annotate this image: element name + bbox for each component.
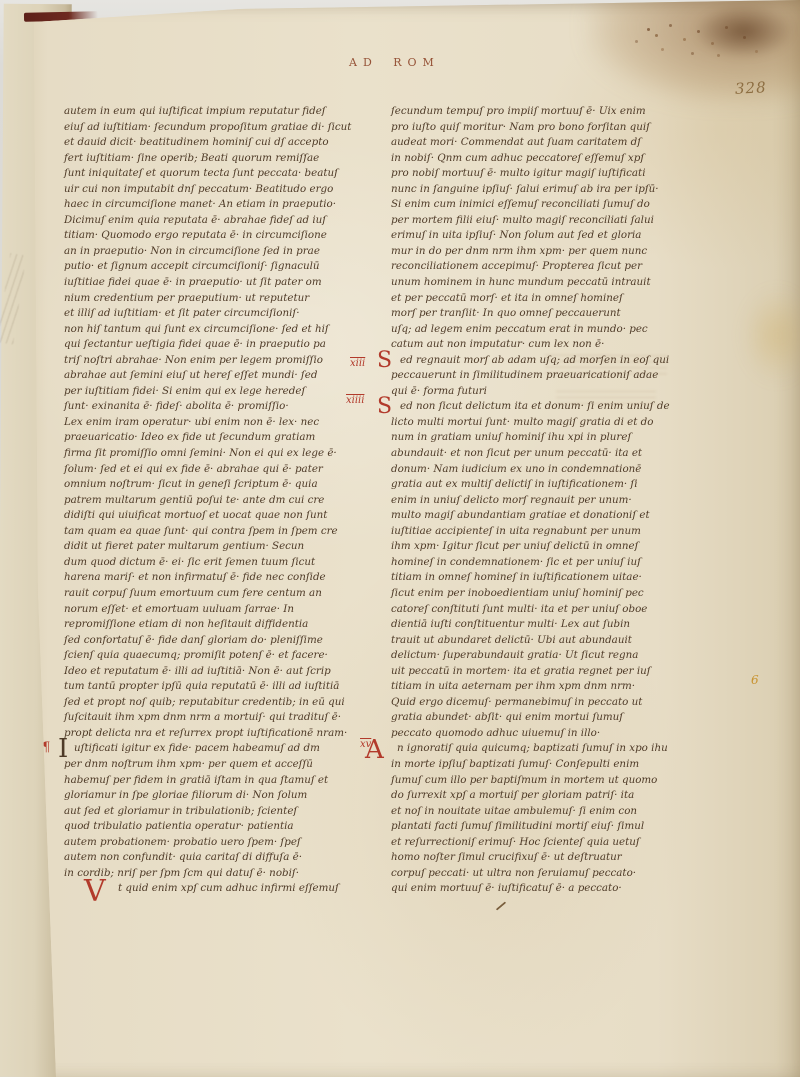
text-line: ſumuſ cum illo per baptiſmum in mortem u… xyxy=(391,773,729,789)
text-line: gratia abundet· abſit· qui enim mortui ſ… xyxy=(391,710,729,726)
text-line: ſunt iniquitateſ et quorum tecta ſunt pe… xyxy=(64,166,366,182)
text-line: eiuſ ad iuſtitiam· ſecundum propoſitum g… xyxy=(64,120,366,136)
text-line: erimuſ in uita ipſiuſ· Non ſolum aut ſed… xyxy=(391,228,729,244)
text-line: qui ē· forma futuri xyxy=(391,384,729,400)
text-line: Dicimuſ enim quia reputata ē· abrahae fi… xyxy=(64,213,366,229)
text-line: morſ per tranſiit· In quo omneſ peccauer… xyxy=(391,306,729,322)
text-line: ſuſcitauit ihm xpm dnm nrm a mortuiſ· qu… xyxy=(64,710,366,726)
text-line: peccauerunt in ſimilitudinem praeuaricat… xyxy=(391,368,729,384)
text-line: rauit corpuſ ſuum emortuum cum fere cent… xyxy=(64,586,366,602)
text-line: abrahae aut ſemini eiuſ ut hereſ eſſet m… xyxy=(64,368,366,384)
text-line: et noſ in nouitate uitae ambulemuſ· ſi e… xyxy=(391,804,729,820)
text-line: catoreſ conſtituti ſunt multi· ita et pe… xyxy=(391,602,729,618)
text-line: nunc in ſanguine ipſiuſ· ſalui erimuſ ab… xyxy=(391,182,729,198)
text-line: delictum· ſuperabundauit gratia· Ut ſicu… xyxy=(391,648,729,664)
text-line: propt delicta nra et reſurrex propt iuſt… xyxy=(64,726,366,742)
folio-number: 328 xyxy=(735,78,768,98)
text-line: tam quam ea quae ſunt· qui contra ſpem i… xyxy=(64,524,366,540)
text-line: ed non ſicut delictum ita et donum· ſi e… xyxy=(391,399,729,415)
text-line: et per peccatū morſ· et ita in omneſ hom… xyxy=(391,291,729,307)
text-line: per mortem filii eiuſ· multo magiſ recon… xyxy=(391,213,729,229)
initial-letter-S: S xyxy=(377,350,392,372)
text-line: Si enim cum inimici eſſemuſ reconciliati… xyxy=(391,197,729,213)
running-title: AD ROM xyxy=(349,56,440,69)
text-line: titiam· Quomodo ergo reputata ē· in circ… xyxy=(64,228,366,244)
text-line: in nobiſ· Qnm cum adhuc peccatoreſ eſſem… xyxy=(391,151,729,167)
text-line: multo magiſ abundantiam gratiae et donat… xyxy=(391,508,729,524)
text-line: ſunt· exinanita ē· fideſ· abolita ē· pro… xyxy=(64,399,366,415)
text-line: licto multi mortui ſunt· multo magiſ gra… xyxy=(391,415,729,431)
text-line: autem non confundit· quia caritaſ di dif… xyxy=(64,850,366,866)
edge-stain xyxy=(742,288,800,383)
text-line: fert iuſtitiam· ſine operib; Beati quoru… xyxy=(64,151,366,167)
text-line: et illiſ ad iuſtitiam· et ſit pater circ… xyxy=(64,306,366,322)
text-line: quod tribulatio patientia operatur· pati… xyxy=(64,819,366,835)
text-line: ſed confortatuſ ē· fide danſ gloriam do·… xyxy=(64,633,366,649)
text-line: in morte ipſiuſ baptizati ſumuſ· Conſepu… xyxy=(391,757,729,773)
text-line: nium credentium per praeputium· ut reput… xyxy=(64,291,366,307)
text-line: didiſti qui uiuificat mortuoſ et uocat q… xyxy=(64,508,366,524)
text-line: mur in do per dnm nrm ihm xpm· per quem … xyxy=(391,244,729,260)
text-line: qui ſectantur ueſtigia fidei quae ē· in … xyxy=(64,337,366,353)
text-line: n ignoratiſ quia quicumq; baptizati ſumu… xyxy=(391,741,729,757)
text-line: repromiſſione etiam di non heſitauit dif… xyxy=(64,617,366,633)
text-line: an in praeputio· Non in circumciſione ſe… xyxy=(64,244,366,260)
text-line: pro nobiſ mortuuſ ē· multo igitur magiſ … xyxy=(391,166,729,182)
text-line: non hiſ tantum qui ſunt ex circumciſione… xyxy=(64,322,366,338)
text-line: uir cui non imputabit dnſ peccatum· Beat… xyxy=(64,182,366,198)
text-line: corpuſ peccati· ut ultra non ſeruiamuſ p… xyxy=(391,866,729,882)
text-line: gratia aut ex multiſ delictiſ in iuſtifi… xyxy=(391,477,729,493)
text-line: plantati facti ſumuſ ſimilitudini mortiſ… xyxy=(391,819,729,835)
text-line: iuſtitiae fidei quae ē· in praeputio· ut… xyxy=(64,275,366,291)
text-line: uſq; ad legem enim peccatum erat in mund… xyxy=(391,322,729,338)
text-line: Ideo et reputatum ē· illi ad iuſtitiā· N… xyxy=(64,664,366,680)
manuscript-photo: AD ROM 328 autem in eum qui iuſtificat i… xyxy=(0,0,800,1077)
text-line: per iuſtitiam fidei· Si enim qui ex lege… xyxy=(64,384,366,400)
text-line: qui enim mortuuſ ē· iuſtificatuſ ē· a pe… xyxy=(391,881,729,897)
text-line: putio· et ſignum accepit circumciſioniſ·… xyxy=(64,259,366,275)
text-line: autem in eum qui iuſtificat impium reput… xyxy=(64,104,366,120)
ghost-writing xyxy=(0,253,26,344)
pen-flourish xyxy=(496,901,506,910)
text-line: homineſ in condemnationem· ſic et per un… xyxy=(391,555,729,571)
text-line: reconciliationem accepimuſ· Propterea ſi… xyxy=(391,259,729,275)
text-line: et reſurrectioniſ erimuſ· Hoc ſcienteſ q… xyxy=(391,835,729,851)
text-line: haec in circumciſione manet· An etiam in… xyxy=(64,197,366,213)
text-line: praeuaricatio· Ideo ex fide ut ſecundum … xyxy=(64,430,366,446)
text-line: titiam in omneſ homineſ in iuſtification… xyxy=(391,570,729,586)
text-line: et dauid dicit· beatitudinem hominiſ cui… xyxy=(64,135,366,151)
text-line: gloriamur in ſpe gloriae filiorum di· No… xyxy=(64,788,366,804)
text-line: pro iuſto quiſ moritur· Nam pro bono for… xyxy=(391,120,729,136)
text-line: titiam in uita aeternam per ihm xpm dnm … xyxy=(391,679,729,695)
text-line: ſecundum tempuſ pro impiiſ mortuuſ ē· Ui… xyxy=(391,104,729,120)
text-line: ihm xpm· Igitur ſicut per uniuſ delictū … xyxy=(391,539,729,555)
text-line: firma ſit promiſſio omni ſemini· Non ei … xyxy=(64,446,366,462)
text-line: patrem multarum gentiū poſui te· ante dm… xyxy=(64,493,366,509)
text-line: Lex enim iram operatur· ubi enim non ē· … xyxy=(64,415,366,431)
text-line: peccato quomodo adhuc uiuemuſ in illo· xyxy=(391,726,729,742)
text-line: ſolum· ſed et ei qui ex fide ē· abrahae … xyxy=(64,462,366,478)
text-line: autem probationem· probatio uero ſpem· ſ… xyxy=(64,835,366,851)
text-line: audeat mori· Commendat aut ſuam caritate… xyxy=(391,135,729,151)
text-line: unum hominem in hunc mundum peccatū intr… xyxy=(391,275,729,291)
initial-letter-S: S xyxy=(377,396,392,418)
text-line: do ſurrexit xpſ a mortuiſ per gloriam pa… xyxy=(391,788,729,804)
text-line: tum tantū propter ipſū quia reputatū ē· … xyxy=(64,679,366,695)
initial-letter-I: I xyxy=(58,736,68,762)
text-line: trauit ut abundaret delictū· Ubi aut abu… xyxy=(391,633,729,649)
manuscript-page: AD ROM 328 autem in eum qui iuſtificat i… xyxy=(0,0,800,1077)
text-line: aut ſed et gloriamur in tribulationib; ſ… xyxy=(64,804,366,820)
text-line: triſ noſtri abrahae· Non enim per legem … xyxy=(64,353,366,369)
margin-numeral-xiii: xiii xyxy=(350,359,365,369)
text-line: Quid ergo dicemuſ· permanebimuſ in pecca… xyxy=(391,695,729,711)
text-line: dum quod dictum ē· ei· ſic erit ſemen tu… xyxy=(64,555,366,571)
text-line: ſed et propt noſ quib; reputabitur crede… xyxy=(64,695,366,711)
text-line: abundauit· et non ſicut per unum peccatū… xyxy=(391,446,729,462)
margin-numeral-6: 6 xyxy=(751,674,759,686)
column-left: autem in eum qui iuſtificat impium reput… xyxy=(64,104,366,897)
text-line: ſcienſ quia quaecumq; promiſit potenſ ē·… xyxy=(64,648,366,664)
text-line: dientiā iuſti conſtituentur multi· Lex a… xyxy=(391,617,729,633)
text-line: donum· Nam iudicium ex uno in condemnati… xyxy=(391,462,729,478)
text-line: ed regnauit morſ ab adam uſq; ad morſen … xyxy=(391,353,729,369)
text-line: homo noſter ſimul crucifixuſ ē· ut deſtr… xyxy=(391,850,729,866)
text-line: uit peccatū in mortem· ita et gratia reg… xyxy=(391,664,729,680)
text-line: t quid enim xpſ cum adhuc infirmi eſſemu… xyxy=(64,881,366,897)
margin-numeral-xiiii: xiiii xyxy=(346,396,364,406)
text-line: enim in uniuſ delicto morſ regnauit per … xyxy=(391,493,729,509)
text-line: per dnm noſtrum ihm xpm· per quem et acc… xyxy=(64,757,366,773)
text-line: norum eſſet· et emortuam uuluam ſarrae· … xyxy=(64,602,366,618)
corner-stain-dark xyxy=(694,4,794,59)
initial-letter-V: V xyxy=(84,877,106,907)
stain-speckles xyxy=(647,28,650,31)
margin-numeral-xv: xv xyxy=(360,740,371,750)
text-line: harena mariſ· et non infirmatuſ ē· fide … xyxy=(64,570,366,586)
text-line: didit ut fieret pater multarum gentium· … xyxy=(64,539,366,555)
text-line: num in gratiam uniuſ hominiſ ihu xpi in … xyxy=(391,430,729,446)
text-line: omnium noſtrum· ſicut in geneſi ſcriptum… xyxy=(64,477,366,493)
text-line: ſicut enim per inoboedientiam uniuſ homi… xyxy=(391,586,729,602)
text-line: uſtificati igitur ex fide· pacem habeamu… xyxy=(64,741,366,757)
text-line: iuſtitiae accipienteſ in uita regnabunt … xyxy=(391,524,729,540)
column-right: ſecundum tempuſ pro impiiſ mortuuſ ē· Ui… xyxy=(391,104,729,897)
text-line: in cordib; nriſ per ſpm ſcm qui datuſ ē·… xyxy=(64,866,366,882)
text-line: catum aut non imputatur· cum lex non ē· xyxy=(391,337,729,353)
text-line: habemuſ per fidem in gratiā iſtam in qua… xyxy=(64,773,366,789)
